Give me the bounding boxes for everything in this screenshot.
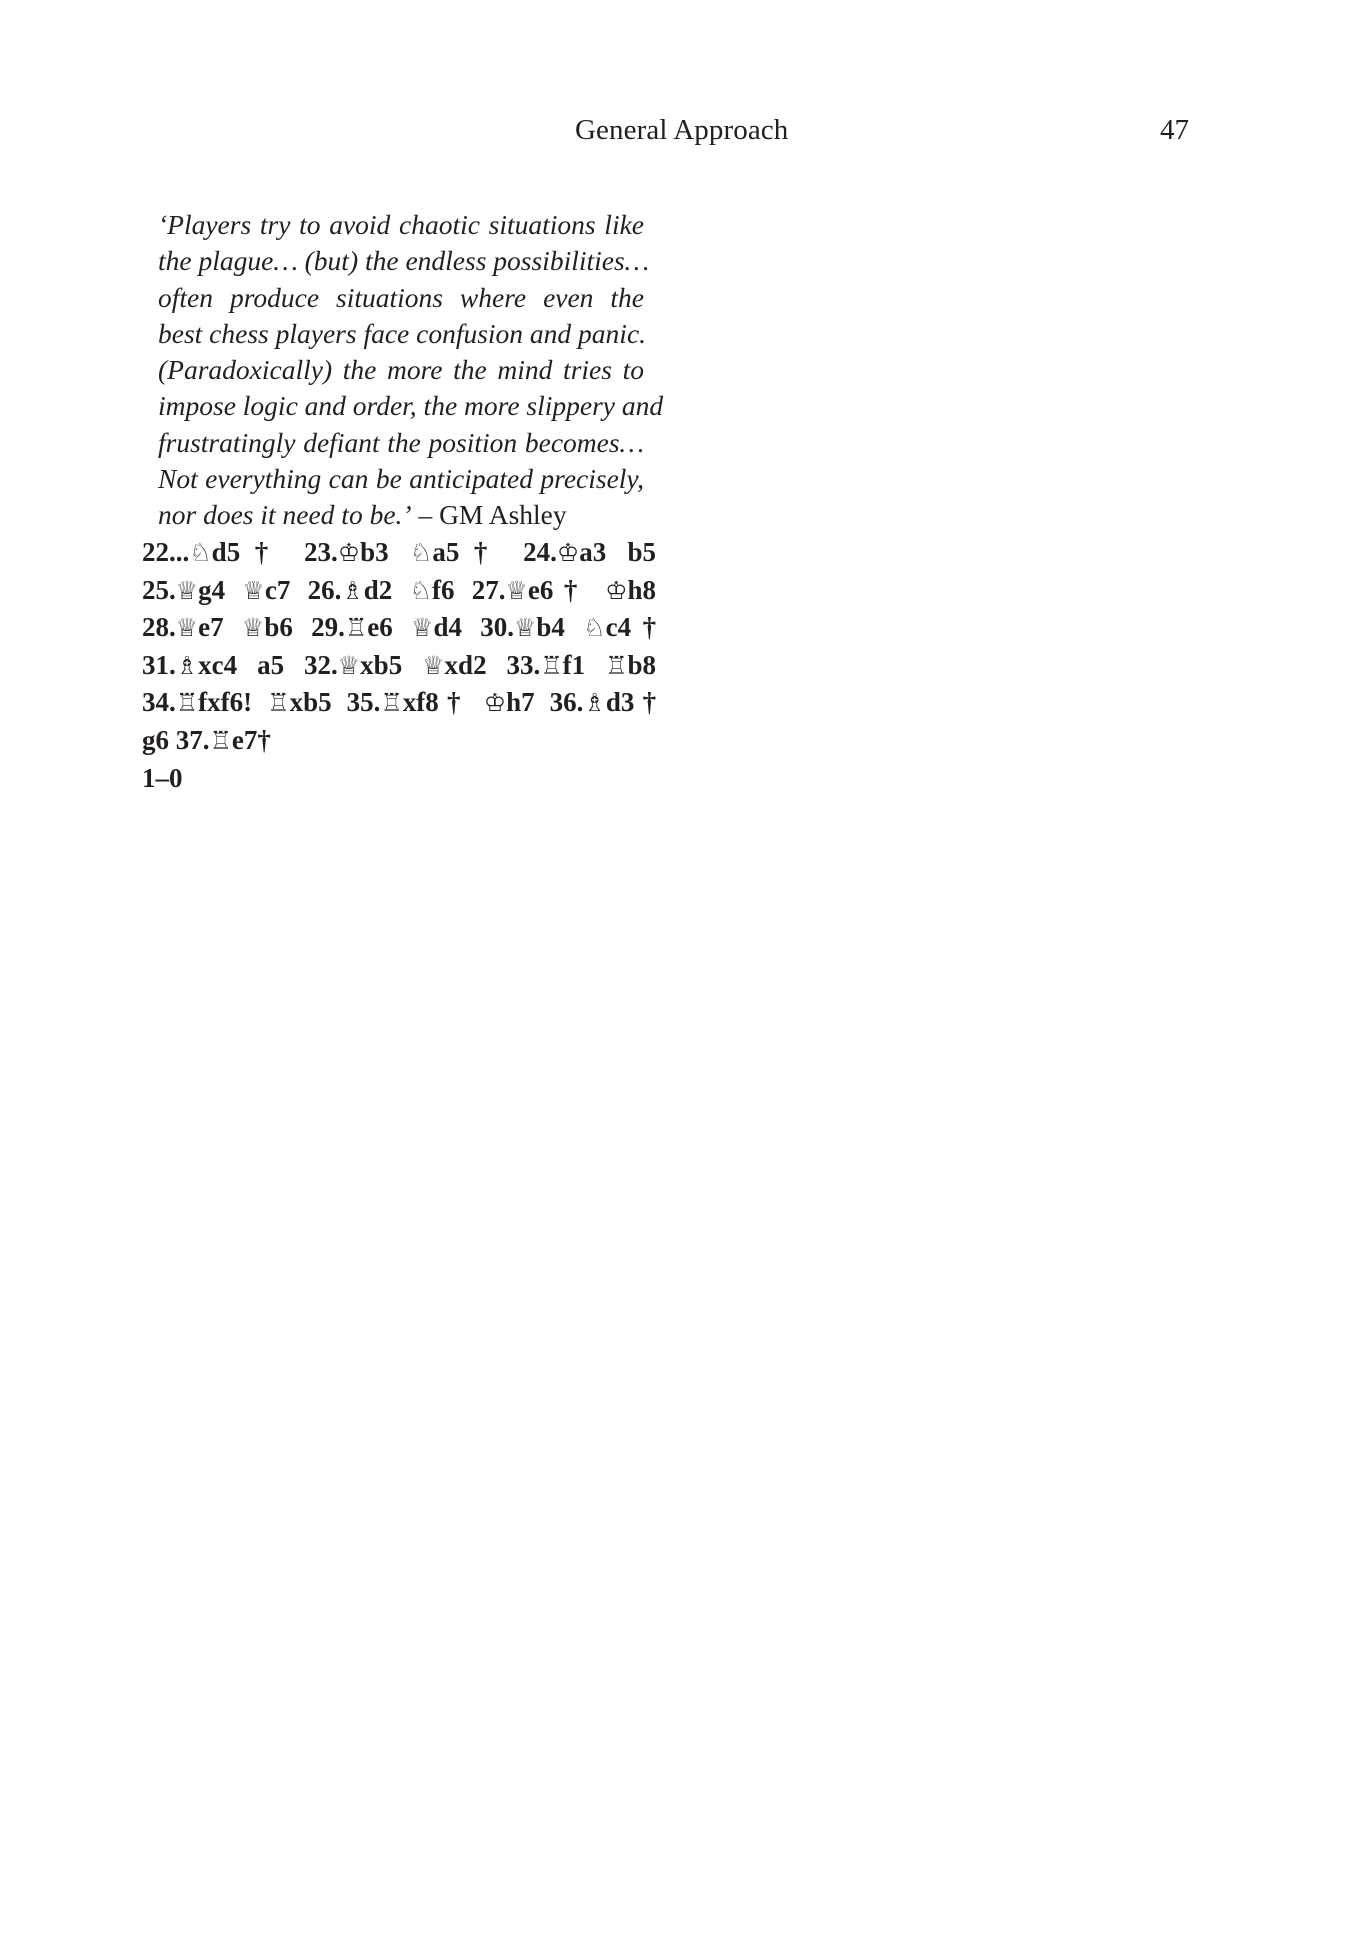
quote-attribution: – GM Ashley	[412, 499, 567, 530]
knight-icon: ♘	[189, 538, 211, 567]
page-number: 47	[1160, 110, 1189, 150]
queen-icon: ♕	[176, 576, 198, 605]
queen-icon: ♕	[338, 651, 360, 680]
bishop-icon: ♗	[583, 688, 605, 717]
queen-icon: ♕	[242, 576, 264, 605]
knight-icon: ♘	[410, 576, 432, 605]
queen-icon: ♕	[242, 613, 264, 642]
king-icon: ♔	[484, 688, 506, 717]
rook-icon: ♖	[176, 688, 198, 717]
king-icon: ♔	[605, 576, 627, 605]
quote-line: best chess players face confusion and pa…	[158, 316, 644, 352]
epigraph-quote: ‘Players try to avoid chaotic situations…	[158, 207, 644, 534]
moves-line: 22...♘d5† 23.♔b3 ♘a5† 24.♔a3 b5	[142, 534, 656, 572]
quote-line: Not everything can be anticipated precis…	[158, 461, 644, 497]
knight-icon: ♘	[583, 613, 605, 642]
queen-icon: ♕	[505, 576, 527, 605]
rook-icon: ♖	[605, 651, 627, 680]
quote-line: nor does it need to be.’	[158, 499, 412, 530]
queen-icon: ♕	[514, 613, 536, 642]
moves-line: 34.♖fxf6! ♖xb5 35.♖xf8† ♔h7 36.♗d3†	[142, 684, 656, 722]
quote-last-line: nor does it need to be.’ – GM Ashley	[158, 497, 644, 533]
knight-icon: ♘	[410, 538, 432, 567]
running-head: General Approach 47	[0, 110, 1362, 150]
moves-line: g6 37.♖e7†	[142, 722, 656, 760]
quote-line: ‘Players try to avoid chaotic situations…	[158, 207, 644, 243]
bishop-icon: ♗	[176, 651, 198, 680]
bishop-icon: ♗	[341, 576, 363, 605]
queen-icon: ♕	[411, 613, 433, 642]
king-icon: ♔	[557, 538, 579, 567]
queen-icon: ♕	[176, 613, 198, 642]
game-result: 1–0	[142, 760, 656, 797]
quote-line: (Paradoxically) the more the mind tries …	[158, 352, 644, 388]
quote-line: the plague… (but) the endless possibilit…	[158, 243, 644, 279]
rook-icon: ♖	[267, 688, 289, 717]
queen-icon: ♕	[422, 651, 444, 680]
rook-icon: ♖	[210, 726, 232, 755]
running-title: General Approach	[575, 110, 788, 150]
king-icon: ♔	[338, 538, 360, 567]
quote-line: impose logic and order, the more slipper…	[158, 388, 644, 424]
rook-icon: ♖	[540, 651, 562, 680]
rook-icon: ♖	[345, 613, 367, 642]
quote-line: often produce situations where even the	[158, 280, 644, 316]
quote-line: frustratingly defiant the position becom…	[158, 425, 644, 461]
moves-line: 25.♕g4 ♕c7 26.♗d2 ♘f6 27.♕e6† ♔h8	[142, 572, 656, 610]
rook-icon: ♖	[380, 688, 402, 717]
moves-line: 28.♕e7 ♕b6 29.♖e6 ♕d4 30.♕b4 ♘c4†	[142, 609, 656, 647]
moves-line: 31.♗xc4 a5 32.♕xb5 ♕xd2 33.♖f1 ♖b8	[142, 647, 656, 685]
game-moves: 22...♘d5† 23.♔b3 ♘a5† 24.♔a3 b5 25.♕g4 ♕…	[142, 534, 656, 796]
